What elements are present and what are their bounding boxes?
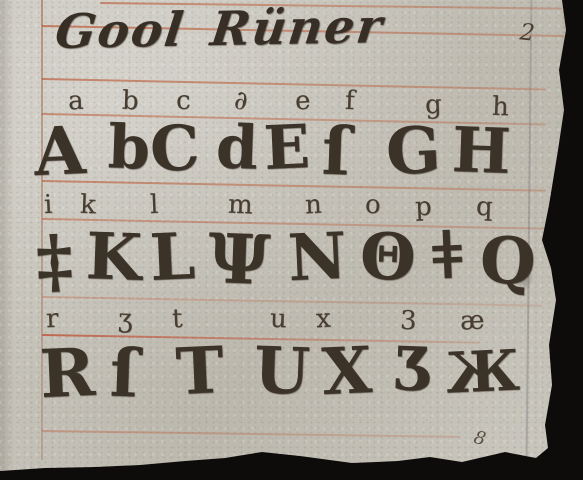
parchment-page: Gool Rüner 2 a b c ∂ e f g h A b C d E ſ… xyxy=(0,0,583,480)
corner-mark: 8 xyxy=(472,427,488,450)
rune-F: ſ xyxy=(321,118,352,185)
rune-K: K xyxy=(85,225,143,291)
rune-M: Ψ xyxy=(207,225,271,295)
rune-T: T xyxy=(175,339,225,405)
letter-o: o xyxy=(365,192,382,219)
rune-R: R xyxy=(39,339,97,407)
letter-i: i xyxy=(43,192,52,218)
rune-Z: Ʒ xyxy=(393,339,434,400)
rune-I: ‡ xyxy=(34,225,74,297)
letter-z: 3 xyxy=(400,308,417,335)
rune-L: L xyxy=(149,225,197,291)
letter-l: l xyxy=(149,192,158,218)
rune-H: H xyxy=(451,119,512,183)
letter-d: ∂ xyxy=(234,88,248,114)
letter-ae: æ xyxy=(459,307,485,334)
manuscript-photo: Gool Rüner 2 a b c ∂ e f g h A b C d E ſ… xyxy=(0,0,583,480)
rune-C: C xyxy=(149,117,201,181)
letter-u: u xyxy=(270,306,288,333)
rune-B: b xyxy=(107,117,151,178)
rune-X: X xyxy=(321,339,373,405)
letter-q: q xyxy=(476,194,494,221)
letter-b: b xyxy=(122,88,140,115)
letter-k: k xyxy=(80,192,97,219)
letter-x: x xyxy=(315,306,331,333)
rune-G: G xyxy=(385,119,442,185)
ruled-line xyxy=(42,430,460,438)
rune-P: ǂ xyxy=(431,221,464,288)
letter-n: n xyxy=(304,192,322,219)
letter-m: m xyxy=(228,192,254,219)
letter-r: r xyxy=(45,306,59,333)
rune-N: N xyxy=(287,225,348,291)
rune-S: ſ xyxy=(109,340,140,407)
rune-O: Θ xyxy=(359,225,417,291)
rune-E: E xyxy=(263,117,311,179)
rune-D: d xyxy=(215,117,259,178)
rune-U: U xyxy=(253,339,311,405)
rune-Q: Q xyxy=(479,229,537,295)
page-title: Gool Rüner xyxy=(52,0,387,60)
rune-AE: Ж xyxy=(445,342,521,401)
letter-t: t xyxy=(171,306,183,332)
letter-s: ʒ xyxy=(118,306,134,332)
ruled-line xyxy=(42,296,542,307)
rune-A: A xyxy=(33,117,87,185)
letter-f: f xyxy=(345,88,356,114)
letter-e: e xyxy=(294,88,311,115)
page-number: 2 xyxy=(519,19,536,46)
